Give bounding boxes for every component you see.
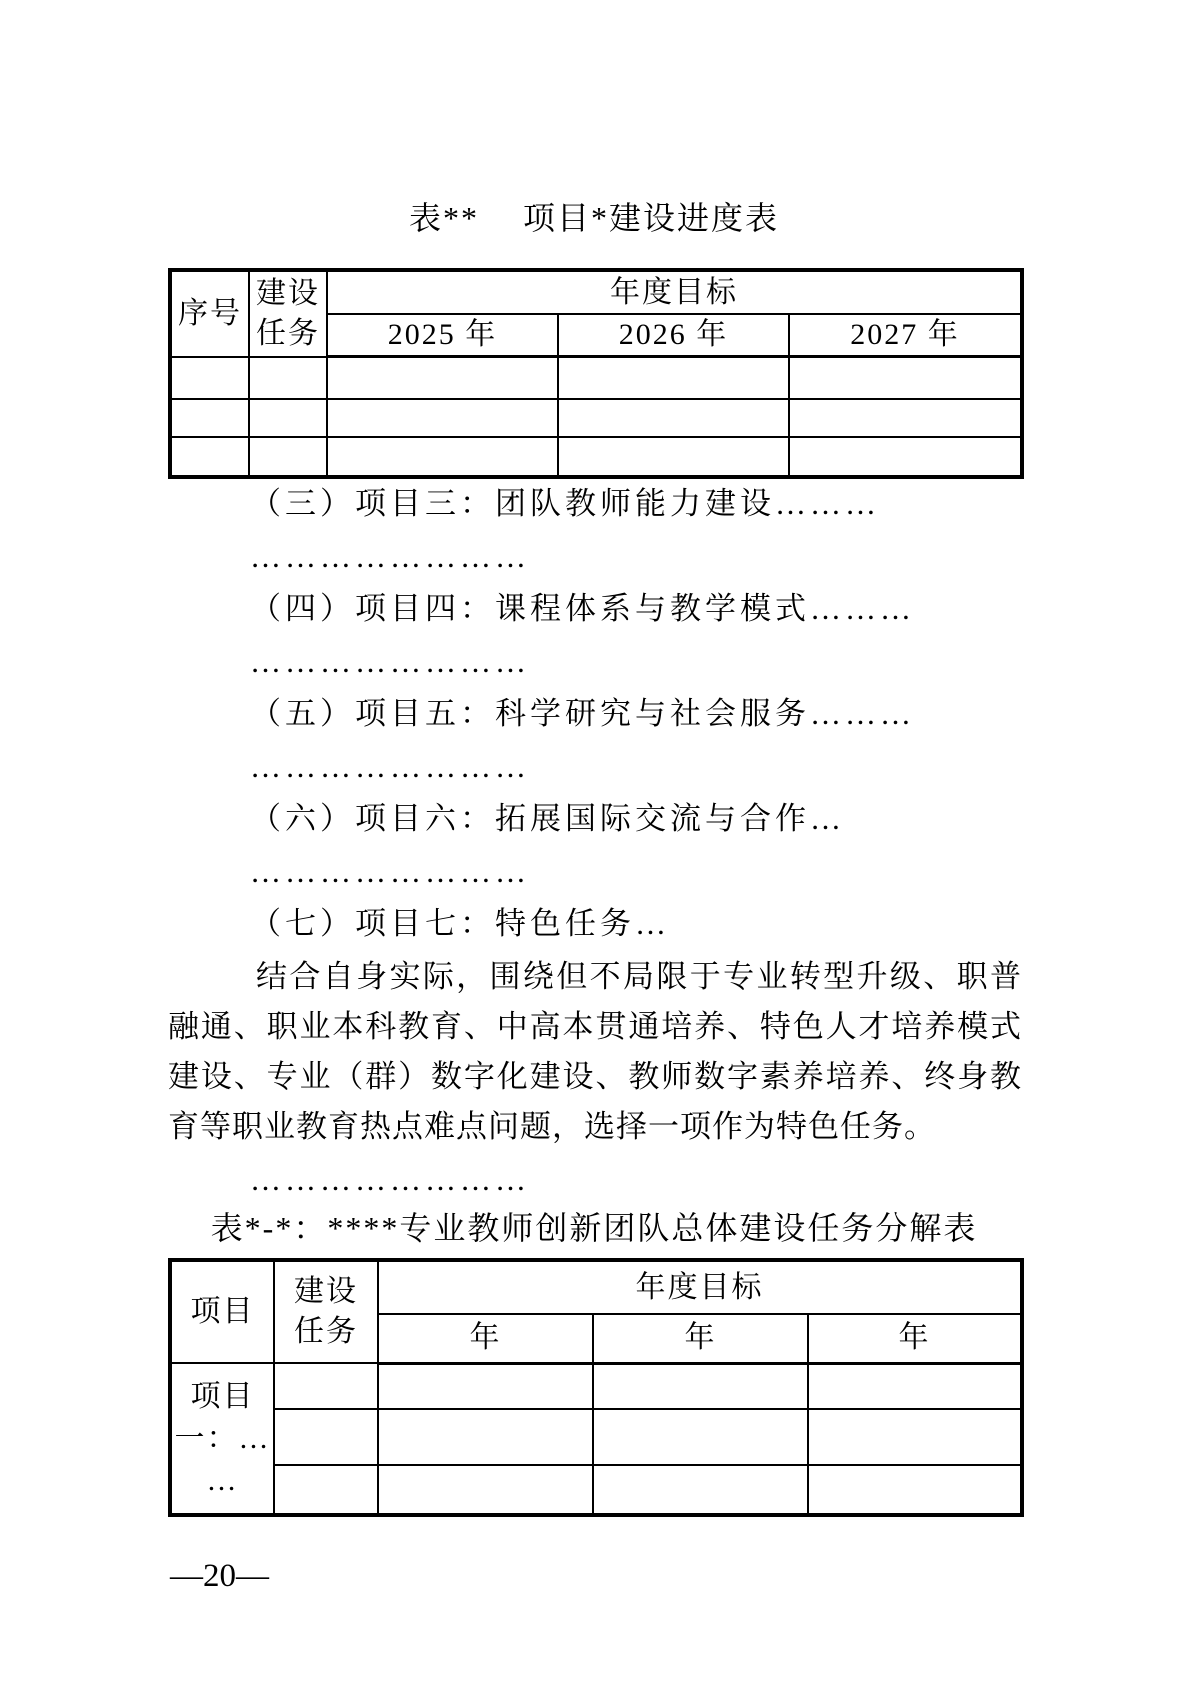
page-number: —20—	[170, 1556, 269, 1596]
table-row: 项目 一：… …	[170, 1363, 1022, 1409]
empty-cell	[274, 1409, 378, 1465]
empty-cell	[808, 1363, 1022, 1409]
empty-cell	[789, 437, 1022, 477]
empty-cell	[593, 1409, 808, 1465]
outline-item-4: （四）项目四：课程体系与教学模式………	[168, 583, 1028, 636]
dot-leader-line: ……………………	[168, 531, 1028, 584]
empty-cell	[378, 1465, 593, 1515]
header-cell-year-2025: 2025 年	[327, 314, 558, 357]
empty-cell	[558, 357, 789, 399]
header-cell-task: 建设任务	[249, 270, 327, 357]
header-cell-task-label: 建设任务	[254, 274, 322, 354]
empty-cell	[327, 437, 558, 477]
table-row	[170, 1465, 1022, 1515]
header-cell-project: 项目	[170, 1260, 274, 1363]
empty-cell	[249, 437, 327, 477]
empty-cell	[378, 1409, 593, 1465]
header-cell-year-2026: 2026 年	[558, 314, 789, 357]
paragraph-line: 融通、职业本科教育、中高本贯通培养、特色人才培养模式	[168, 1002, 1022, 1052]
body-paragraph: 结合自身实际，围绕但不局限于专业转型升级、职普 融通、职业本科教育、中高本贯通培…	[168, 952, 1022, 1152]
table-row	[170, 399, 1022, 437]
empty-cell	[170, 437, 249, 477]
project-one-label-line: 一：…	[172, 1418, 273, 1460]
outline-item-3: （三）项目三：团队教师能力建设………	[168, 478, 1028, 531]
outline-item-5: （五）项目五：科学研究与社会服务………	[168, 688, 1028, 741]
table1-title: 表** 项目*建设进度表	[168, 196, 1020, 240]
progress-table: 序号 建设任务 年度目标 2025 年 2026 年 2027 年	[168, 268, 1024, 479]
empty-cell	[274, 1363, 378, 1409]
empty-cell	[378, 1363, 593, 1409]
empty-cell	[808, 1409, 1022, 1465]
outline-item-6: （六）项目六：拓展国际交流与合作…	[168, 793, 1028, 846]
project-one-label-line: 项目	[172, 1376, 273, 1418]
dot-leader-line: ……………………	[168, 846, 1028, 899]
empty-cell	[274, 1465, 378, 1515]
outline-section: （三）项目三：团队教师能力建设……… …………………… （四）项目四：课程体系与…	[168, 478, 1028, 951]
table2-title: 表*-*：****专业教师创新团队总体建设任务分解表	[168, 1206, 1020, 1250]
empty-cell	[249, 399, 327, 437]
dot-leader-line: ……………………	[168, 741, 1028, 794]
empty-cell	[327, 357, 558, 399]
header-cell-year: 年	[808, 1314, 1022, 1363]
project-one-label-line: …	[172, 1460, 273, 1502]
empty-cell	[170, 399, 249, 437]
paragraph-line: 育等职业教育热点难点问题，选择一项作为特色任务。	[168, 1102, 1022, 1152]
table-row	[170, 1409, 1022, 1465]
document-page: 表** 项目*建设进度表 序号 建设任务 年度目标 2025 年 2026 年 …	[0, 0, 1191, 1684]
empty-cell	[170, 357, 249, 399]
empty-cell	[593, 1363, 808, 1409]
header-cell-year-2027: 2027 年	[789, 314, 1022, 357]
header-cell-year: 年	[593, 1314, 808, 1363]
empty-cell	[593, 1465, 808, 1515]
project-one-label-cell: 项目 一：… …	[170, 1363, 274, 1515]
outline-item-7: （七）项目七：特色任务…	[168, 898, 1028, 951]
header-cell-annual-goal: 年度目标	[378, 1260, 1022, 1314]
dot-leader-line: ……………………	[250, 1156, 530, 1204]
task-breakdown-table: 项目 建设任务 年度目标 年 年 年 项目 一：… …	[168, 1258, 1024, 1517]
dot-leader-line: ……………………	[168, 636, 1028, 689]
header-cell-year: 年	[378, 1314, 593, 1363]
paragraph-line: 结合自身实际，围绕但不局限于专业转型升级、职普	[168, 952, 1022, 1002]
header-cell-annual-goal: 年度目标	[327, 270, 1022, 314]
empty-cell	[789, 399, 1022, 437]
empty-cell	[249, 357, 327, 399]
header-cell-task-label: 建设任务	[292, 1272, 360, 1352]
paragraph-line: 建设、专业（群）数字化建设、教师数字素养培养、终身教	[168, 1052, 1022, 1102]
table-row	[170, 437, 1022, 477]
header-cell-serial: 序号	[170, 270, 249, 357]
empty-cell	[808, 1465, 1022, 1515]
empty-cell	[558, 437, 789, 477]
table-row	[170, 357, 1022, 399]
empty-cell	[327, 399, 558, 437]
empty-cell	[558, 399, 789, 437]
header-cell-task: 建设任务	[274, 1260, 378, 1363]
empty-cell	[789, 357, 1022, 399]
